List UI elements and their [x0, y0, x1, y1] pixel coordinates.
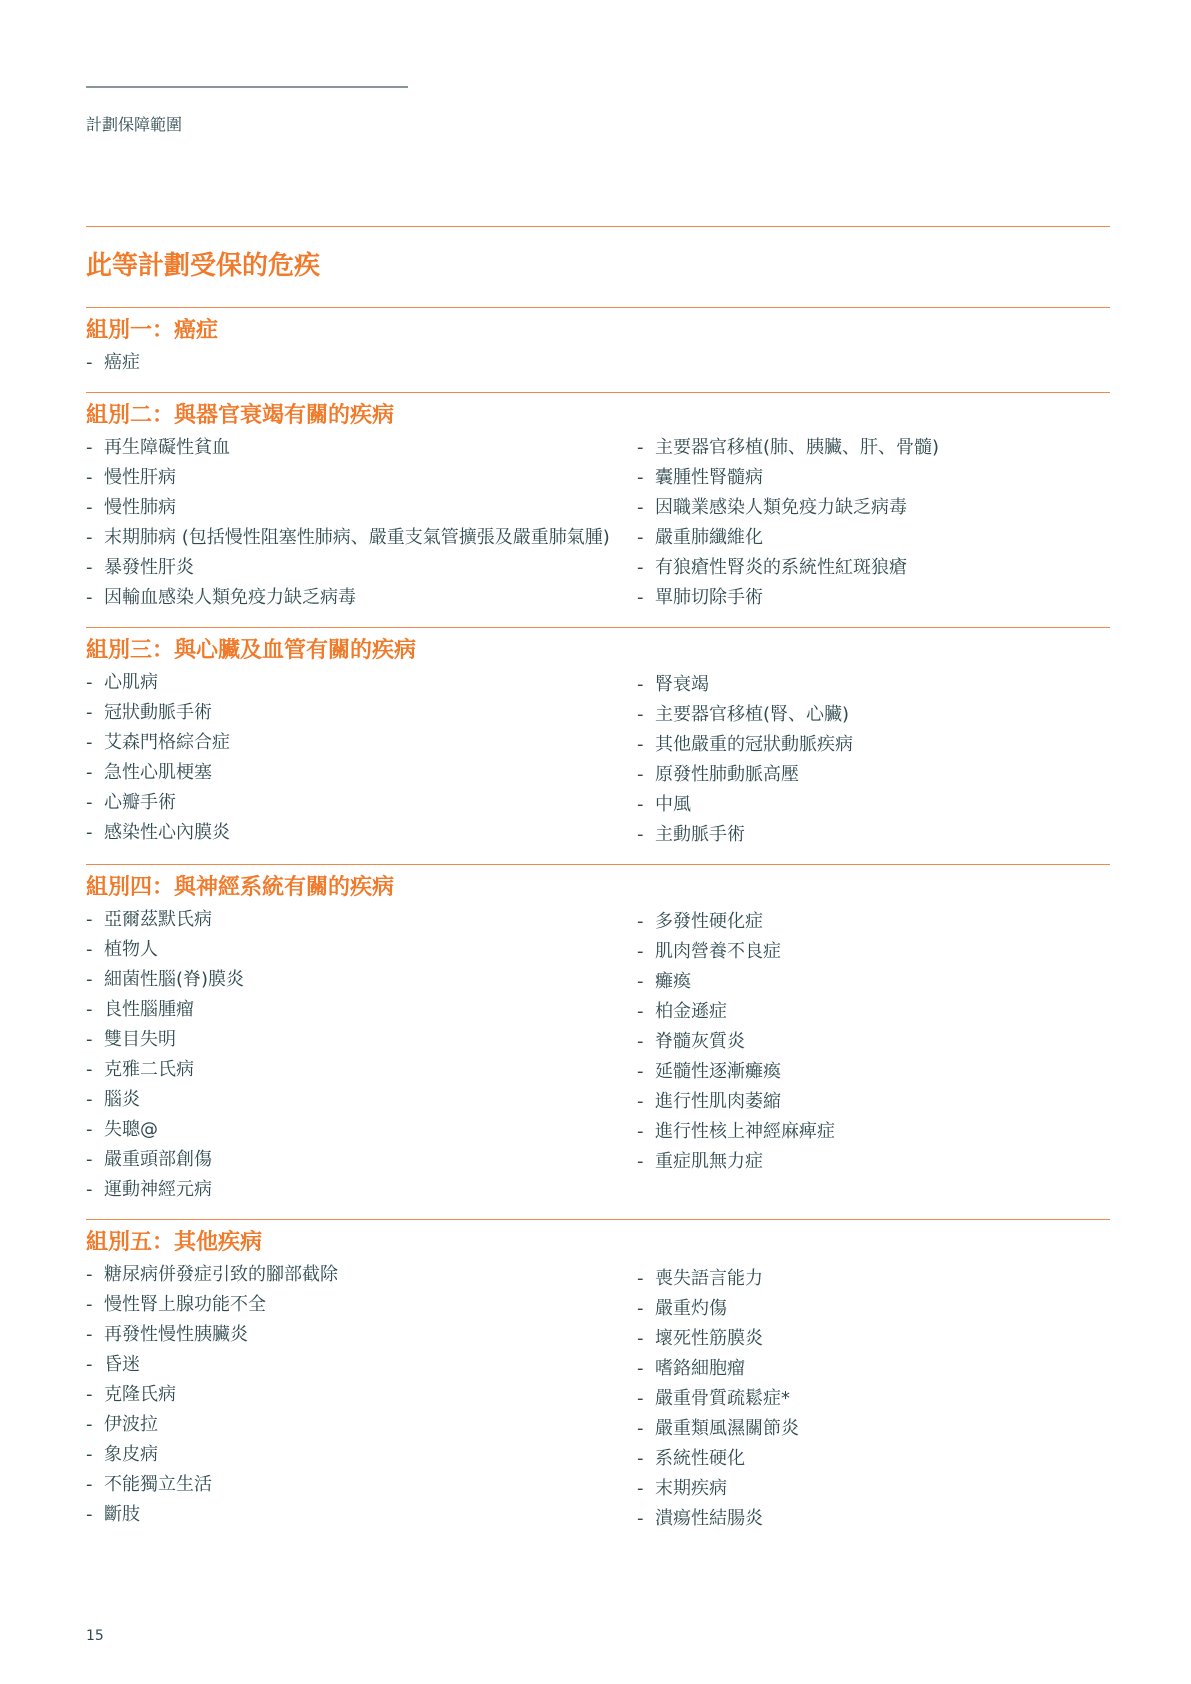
list-item: -昏迷 [86, 1350, 637, 1380]
list-item: -暴發性肝炎 [86, 553, 637, 583]
illness-name: 植物人 [104, 935, 637, 965]
group-columns: -亞爾茲默氏病-植物人-細菌性腦(脊)膜炎-良性腦腫瘤-雙目失明-克雅二氏病-腦… [86, 905, 1110, 1205]
list-item: -進行性肌肉萎縮 [637, 1087, 1110, 1117]
bullet-dash: - [86, 1175, 104, 1205]
illness-group-5: 組別五：其他疾病-糖尿病併發症引致的腳部截除-慢性腎上腺功能不全-再發性慢性胰臟… [86, 1220, 1110, 1548]
list-item: -克雅二氏病 [86, 1055, 637, 1085]
illness-name: 艾森門格綜合症 [104, 728, 637, 758]
column-right: -多發性硬化症-肌肉營養不良症-癱瘓-柏金遜症-脊髓灰質炎-延髓性逐漸癱瘓-進行… [637, 905, 1110, 1205]
bullet-dash: - [637, 700, 655, 730]
column-right [637, 348, 1110, 378]
list-item: -系統性硬化 [637, 1444, 1110, 1474]
column-right: -喪失語言能力-嚴重灼傷-壞死性筋膜炎-嗜鉻細胞瘤-嚴重骨質疏鬆症*-嚴重類風濕… [637, 1260, 1110, 1534]
bullet-dash: - [86, 1500, 104, 1530]
bullet-dash: - [86, 1055, 104, 1085]
illness-name: 運動神經元病 [104, 1175, 637, 1205]
illness-name: 冠狀動脈手術 [104, 698, 637, 728]
illness-name: 末期疾病 [655, 1474, 1110, 1504]
illness-name: 急性心肌梗塞 [104, 758, 637, 788]
group-title: 組別五：其他疾病 [86, 1228, 1110, 1258]
group-title: 組別一：癌症 [86, 316, 1110, 346]
bullet-dash: - [637, 493, 655, 523]
list-item: -主要器官移植(肺、胰臟、肝、骨髓) [637, 433, 1110, 463]
bullet-dash: - [86, 1470, 104, 1500]
bullet-dash: - [86, 1410, 104, 1440]
list-item: -柏金遜症 [637, 997, 1110, 1027]
bullet-dash: - [86, 935, 104, 965]
list-item: -延髓性逐漸癱瘓 [637, 1057, 1110, 1087]
bullet-dash: - [637, 967, 655, 997]
bullet-dash: - [86, 1025, 104, 1055]
illness-group-2: 組別二：與器官衰竭有關的疾病-再生障礙性貧血-慢性肝病-慢性肺病-末期肺病 (包… [86, 393, 1110, 627]
illness-group-4: 組別四：與神經系統有關的疾病-亞爾茲默氏病-植物人-細菌性腦(脊)膜炎-良性腦腫… [86, 865, 1110, 1219]
list-item: -癌症 [86, 348, 637, 378]
illness-name: 系統性硬化 [655, 1444, 1110, 1474]
list-item: -因輸血感染人類免疫力缺乏病毒 [86, 583, 637, 613]
illness-name: 單肺切除手術 [655, 583, 1110, 613]
bullet-dash: - [637, 1384, 655, 1414]
illness-name: 潰瘍性結腸炎 [655, 1504, 1110, 1534]
list-item: -再生障礙性貧血 [86, 433, 637, 463]
bullet-dash: - [637, 760, 655, 790]
illness-name: 主動脈手術 [655, 820, 1110, 850]
column-left: -癌症 [86, 348, 637, 378]
list-item: -主動脈手術 [637, 820, 1110, 850]
list-item: -嚴重肺纖維化 [637, 523, 1110, 553]
list-item: -嚴重骨質疏鬆症* [637, 1384, 1110, 1414]
list-item: -慢性肺病 [86, 493, 637, 523]
illness-name: 嚴重肺纖維化 [655, 523, 1110, 553]
illness-name: 腦炎 [104, 1085, 637, 1115]
bullet-dash: - [86, 1260, 104, 1290]
bullet-dash: - [86, 818, 104, 848]
illness-name: 亞爾茲默氏病 [104, 905, 637, 935]
list-item: -再發性慢性胰臟炎 [86, 1320, 637, 1350]
bullet-dash: - [637, 1324, 655, 1354]
illness-name: 慢性肝病 [104, 463, 637, 493]
illness-name: 中風 [655, 790, 1110, 820]
column-right: -腎衰竭-主要器官移植(腎、心臟)-其他嚴重的冠狀動脈疾病-原發性肺動脈高壓-中… [637, 668, 1110, 850]
illness-name: 昏迷 [104, 1350, 637, 1380]
illness-name: 末期肺病 (包括慢性阻塞性肺病、嚴重支氣管擴張及嚴重肺氣腫) [104, 523, 637, 553]
list-item: -肌肉營養不良症 [637, 937, 1110, 967]
illness-name: 克雅二氏病 [104, 1055, 637, 1085]
running-head: 計劃保障範圍 [86, 112, 182, 135]
bullet-dash: - [86, 523, 104, 553]
bullet-dash: - [637, 670, 655, 700]
group-columns: -癌症 [86, 348, 1110, 378]
illness-name: 多發性硬化症 [655, 907, 1110, 937]
bullet-dash: - [86, 1320, 104, 1350]
list-item: -喪失語言能力 [637, 1264, 1110, 1294]
group-title: 組別三：與心臟及血管有關的疾病 [86, 636, 1110, 666]
bullet-dash: - [637, 1444, 655, 1474]
illness-name: 囊腫性腎髓病 [655, 463, 1110, 493]
illness-name: 失聰@ [104, 1115, 637, 1145]
bullet-dash: - [86, 995, 104, 1025]
bullet-dash: - [86, 553, 104, 583]
bullet-dash: - [86, 1115, 104, 1145]
bullet-dash: - [637, 1147, 655, 1177]
illness-name: 進行性肌肉萎縮 [655, 1087, 1110, 1117]
list-item: -潰瘍性結腸炎 [637, 1504, 1110, 1534]
bullet-dash: - [637, 730, 655, 760]
list-item: -伊波拉 [86, 1410, 637, 1440]
list-item: -艾森門格綜合症 [86, 728, 637, 758]
bullet-dash: - [637, 1087, 655, 1117]
illness-name: 柏金遜症 [655, 997, 1110, 1027]
bullet-dash: - [86, 583, 104, 613]
illness-name: 壞死性筋膜炎 [655, 1324, 1110, 1354]
bullet-dash: - [86, 1085, 104, 1115]
bullet-dash: - [86, 493, 104, 523]
bullet-dash: - [86, 788, 104, 818]
group-columns: -心肌病-冠狀動脈手術-艾森門格綜合症-急性心肌梗塞-心瓣手術-感染性心內膜炎-… [86, 668, 1110, 850]
list-item: -其他嚴重的冠狀動脈疾病 [637, 730, 1110, 760]
bullet-dash: - [637, 820, 655, 850]
list-item: -不能獨立生活 [86, 1470, 637, 1500]
list-item: -脊髓灰質炎 [637, 1027, 1110, 1057]
list-item: -慢性腎上腺功能不全 [86, 1290, 637, 1320]
illness-name: 不能獨立生活 [104, 1470, 637, 1500]
list-item: -心瓣手術 [86, 788, 637, 818]
bullet-dash: - [637, 997, 655, 1027]
illness-name: 有狼瘡性腎炎的系統性紅斑狼瘡 [655, 553, 1110, 583]
list-item: -原發性肺動脈高壓 [637, 760, 1110, 790]
list-item: -細菌性腦(脊)膜炎 [86, 965, 637, 995]
illness-name: 癌症 [104, 348, 637, 378]
illness-name: 延髓性逐漸癱瘓 [655, 1057, 1110, 1087]
illness-name: 癱瘓 [655, 967, 1110, 997]
illness-name: 感染性心內膜炎 [104, 818, 637, 848]
page-title: 此等計劃受保的危疾 [86, 227, 1110, 307]
list-item: -克隆氏病 [86, 1380, 637, 1410]
list-item: -冠狀動脈手術 [86, 698, 637, 728]
column-left: -亞爾茲默氏病-植物人-細菌性腦(脊)膜炎-良性腦腫瘤-雙目失明-克雅二氏病-腦… [86, 905, 637, 1205]
bullet-dash: - [637, 1354, 655, 1384]
group-title: 組別四：與神經系統有關的疾病 [86, 873, 1110, 903]
top-divider [86, 86, 408, 88]
illness-name: 心瓣手術 [104, 788, 637, 818]
bullet-dash: - [637, 1504, 655, 1534]
illness-name: 腎衰竭 [655, 670, 1110, 700]
illness-name: 嚴重灼傷 [655, 1294, 1110, 1324]
list-item: -末期肺病 (包括慢性阻塞性肺病、嚴重支氣管擴張及嚴重肺氣腫) [86, 523, 637, 553]
list-item: -中風 [637, 790, 1110, 820]
bullet-dash: - [86, 1380, 104, 1410]
illness-name: 斷肢 [104, 1500, 637, 1530]
page-number: 15 [86, 1628, 104, 1644]
illness-name: 重症肌無力症 [655, 1147, 1110, 1177]
column-right: -主要器官移植(肺、胰臟、肝、骨髓)-囊腫性腎髓病-因職業感染人類免疫力缺乏病毒… [637, 433, 1110, 613]
bullet-dash: - [637, 1264, 655, 1294]
bullet-dash: - [86, 905, 104, 935]
illness-group-1: 組別一：癌症-癌症 [86, 308, 1110, 392]
bullet-dash: - [637, 937, 655, 967]
list-item: -有狼瘡性腎炎的系統性紅斑狼瘡 [637, 553, 1110, 583]
column-left: -心肌病-冠狀動脈手術-艾森門格綜合症-急性心肌梗塞-心瓣手術-感染性心內膜炎 [86, 668, 637, 850]
bullet-dash: - [637, 1027, 655, 1057]
bullet-dash: - [86, 1440, 104, 1470]
illness-name: 喪失語言能力 [655, 1264, 1110, 1294]
illness-name: 嚴重類風濕關節炎 [655, 1414, 1110, 1444]
bullet-dash: - [637, 1117, 655, 1147]
illness-name: 心肌病 [104, 668, 637, 698]
list-item: -象皮病 [86, 1440, 637, 1470]
illness-name: 細菌性腦(脊)膜炎 [104, 965, 637, 995]
illness-name: 脊髓灰質炎 [655, 1027, 1110, 1057]
list-item: -多發性硬化症 [637, 907, 1110, 937]
list-item: -單肺切除手術 [637, 583, 1110, 613]
bullet-dash: - [86, 1350, 104, 1380]
illness-name: 暴發性肝炎 [104, 553, 637, 583]
list-item: -良性腦腫瘤 [86, 995, 637, 1025]
bullet-dash: - [86, 728, 104, 758]
list-item: -因職業感染人類免疫力缺乏病毒 [637, 493, 1110, 523]
bullet-dash: - [637, 1294, 655, 1324]
illness-name: 伊波拉 [104, 1410, 637, 1440]
illness-name: 慢性腎上腺功能不全 [104, 1290, 637, 1320]
group-title: 組別二：與器官衰竭有關的疾病 [86, 401, 1110, 431]
list-item: -運動神經元病 [86, 1175, 637, 1205]
list-item: -囊腫性腎髓病 [637, 463, 1110, 493]
list-item: -癱瘓 [637, 967, 1110, 997]
list-item: -嚴重灼傷 [637, 1294, 1110, 1324]
illness-name: 嚴重頭部創傷 [104, 1145, 637, 1175]
bullet-dash: - [86, 698, 104, 728]
list-item: -糖尿病併發症引致的腳部截除 [86, 1260, 637, 1290]
list-item: -腦炎 [86, 1085, 637, 1115]
illness-name: 良性腦腫瘤 [104, 995, 637, 1025]
illness-name: 肌肉營養不良症 [655, 937, 1110, 967]
list-item: -雙目失明 [86, 1025, 637, 1055]
list-item: -植物人 [86, 935, 637, 965]
illness-name: 雙目失明 [104, 1025, 637, 1055]
illness-name: 進行性核上神經麻痺症 [655, 1117, 1110, 1147]
bullet-dash: - [86, 668, 104, 698]
illness-name: 因輸血感染人類免疫力缺乏病毒 [104, 583, 637, 613]
list-item: -感染性心內膜炎 [86, 818, 637, 848]
groups-container: 組別一：癌症-癌症組別二：與器官衰竭有關的疾病-再生障礙性貧血-慢性肝病-慢性肺… [86, 307, 1110, 1548]
list-item: -斷肢 [86, 1500, 637, 1530]
bullet-dash: - [637, 523, 655, 553]
bullet-dash: - [637, 907, 655, 937]
list-item: -急性心肌梗塞 [86, 758, 637, 788]
list-item: -亞爾茲默氏病 [86, 905, 637, 935]
bullet-dash: - [637, 583, 655, 613]
illness-name: 主要器官移植(肺、胰臟、肝、骨髓) [655, 433, 1110, 463]
illness-name: 克隆氏病 [104, 1380, 637, 1410]
bullet-dash: - [86, 1145, 104, 1175]
bullet-dash: - [637, 433, 655, 463]
list-item: -重症肌無力症 [637, 1147, 1110, 1177]
list-item: -心肌病 [86, 668, 637, 698]
illness-name: 嚴重骨質疏鬆症* [655, 1384, 1110, 1414]
illness-name: 因職業感染人類免疫力缺乏病毒 [655, 493, 1110, 523]
illness-name: 象皮病 [104, 1440, 637, 1470]
bullet-dash: - [637, 463, 655, 493]
bullet-dash: - [86, 433, 104, 463]
illness-name: 原發性肺動脈高壓 [655, 760, 1110, 790]
illness-name: 慢性肺病 [104, 493, 637, 523]
bullet-dash: - [637, 553, 655, 583]
illness-name: 主要器官移植(腎、心臟) [655, 700, 1110, 730]
list-item: -進行性核上神經麻痺症 [637, 1117, 1110, 1147]
bullet-dash: - [86, 348, 104, 378]
list-item: -失聰@ [86, 1115, 637, 1145]
critical-illness-list: 此等計劃受保的危疾 組別一：癌症-癌症組別二：與器官衰竭有關的疾病-再生障礙性貧… [86, 226, 1110, 1548]
illness-name: 其他嚴重的冠狀動脈疾病 [655, 730, 1110, 760]
bullet-dash: - [637, 1414, 655, 1444]
group-columns: -再生障礙性貧血-慢性肝病-慢性肺病-末期肺病 (包括慢性阻塞性肺病、嚴重支氣管… [86, 433, 1110, 613]
column-left: -糖尿病併發症引致的腳部截除-慢性腎上腺功能不全-再發性慢性胰臟炎-昏迷-克隆氏… [86, 1260, 637, 1534]
bullet-dash: - [86, 965, 104, 995]
illness-group-3: 組別三：與心臟及血管有關的疾病-心肌病-冠狀動脈手術-艾森門格綜合症-急性心肌梗… [86, 628, 1110, 864]
group-columns: -糖尿病併發症引致的腳部截除-慢性腎上腺功能不全-再發性慢性胰臟炎-昏迷-克隆氏… [86, 1260, 1110, 1534]
bullet-dash: - [637, 1474, 655, 1504]
list-item: -慢性肝病 [86, 463, 637, 493]
list-item: -嚴重類風濕關節炎 [637, 1414, 1110, 1444]
column-left: -再生障礙性貧血-慢性肝病-慢性肺病-末期肺病 (包括慢性阻塞性肺病、嚴重支氣管… [86, 433, 637, 613]
bullet-dash: - [637, 790, 655, 820]
list-item: -末期疾病 [637, 1474, 1110, 1504]
list-item: -嗜鉻細胞瘤 [637, 1354, 1110, 1384]
bullet-dash: - [637, 1057, 655, 1087]
bullet-dash: - [86, 1290, 104, 1320]
bullet-dash: - [86, 758, 104, 788]
illness-name: 再生障礙性貧血 [104, 433, 637, 463]
illness-name: 再發性慢性胰臟炎 [104, 1320, 637, 1350]
list-item: -嚴重頭部創傷 [86, 1145, 637, 1175]
list-item: -腎衰竭 [637, 670, 1110, 700]
illness-name: 嗜鉻細胞瘤 [655, 1354, 1110, 1384]
bullet-dash: - [86, 463, 104, 493]
illness-name: 糖尿病併發症引致的腳部截除 [104, 1260, 637, 1290]
list-item: -主要器官移植(腎、心臟) [637, 700, 1110, 730]
list-item: -壞死性筋膜炎 [637, 1324, 1110, 1354]
